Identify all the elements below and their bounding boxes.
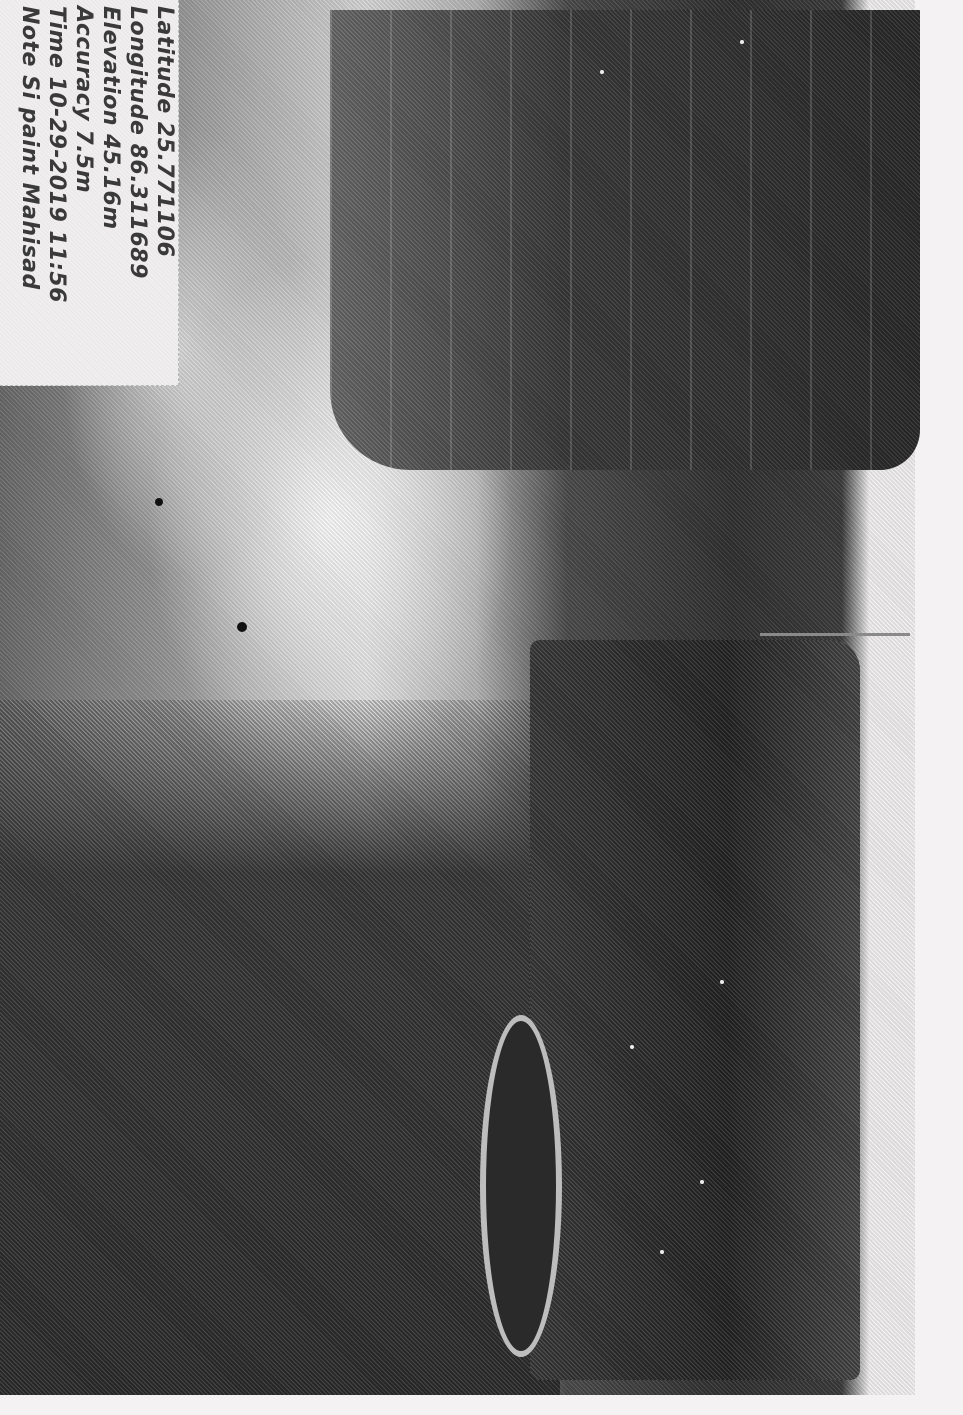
thatched-structure xyxy=(330,10,920,470)
ground-area xyxy=(0,700,560,1395)
cart-wheel xyxy=(480,1015,562,1357)
halftone-speck xyxy=(600,70,604,74)
halftone-speck xyxy=(720,980,724,984)
gps-longitude: Longitude 86.311689 xyxy=(124,6,151,376)
halftone-speck xyxy=(630,1045,634,1049)
gps-latitude: Latitude 25.771106 xyxy=(151,6,178,376)
ink-spot xyxy=(237,622,247,632)
gps-time: Time 10-29-2019 11:56 xyxy=(43,6,70,376)
gps-stamp-box: Latitude 25.771106 Longitude 86.311689 E… xyxy=(0,0,179,386)
gps-note: Note Si paint Mahisad xyxy=(16,6,43,376)
gps-elevation: Elevation 45.16m xyxy=(97,6,124,376)
ink-spot xyxy=(155,498,163,506)
halftone-speck xyxy=(700,1180,704,1184)
gps-accuracy: Accuracy 7.5m xyxy=(70,6,97,376)
halftone-speck xyxy=(660,1250,664,1254)
road-edge-line xyxy=(760,633,910,636)
halftone-speck xyxy=(740,40,744,44)
cart-vehicle xyxy=(530,640,860,1380)
gps-stamp-text: Latitude 25.771106 Longitude 86.311689 E… xyxy=(16,6,178,376)
